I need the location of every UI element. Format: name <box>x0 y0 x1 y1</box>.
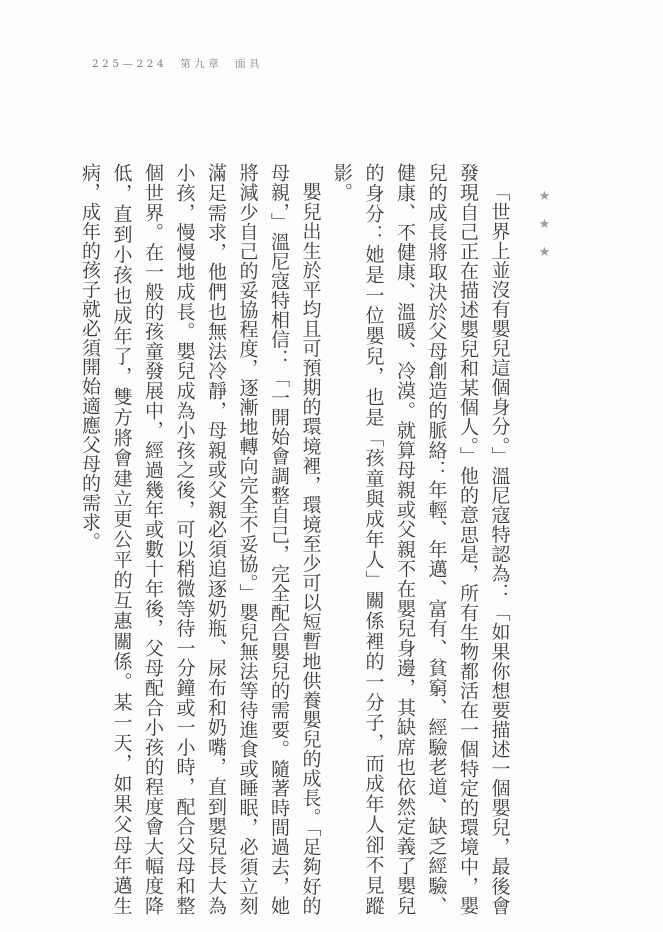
page-numbers: 225—224 <box>92 58 167 70</box>
chapter-number: 第九章 <box>180 56 222 71</box>
running-head: 225—224 第九章 面具 <box>92 56 263 71</box>
book-page: 225—224 第九章 面具 ★★★ 「世界上並沒有嬰兒這個身分。」溫尼寇特認為… <box>0 0 663 932</box>
paragraph-1: 「世界上並沒有嬰兒這個身分。」溫尼寇特認為：「如果你想要描述一個嬰兒，最後會發現… <box>326 163 515 915</box>
chapter-title: 面具 <box>235 56 263 71</box>
section-break-stars: ★★★ <box>529 163 561 915</box>
body-text-block: ★★★ 「世界上並沒有嬰兒這個身分。」溫尼寇特認為：「如果你想要描述一個嬰兒，最… <box>74 163 561 915</box>
paragraph-2: 嬰兒出生於平均且可預期的環境裡，環境至少可以短暫地供養嬰兒的成長。「足夠好的母親… <box>74 163 326 915</box>
